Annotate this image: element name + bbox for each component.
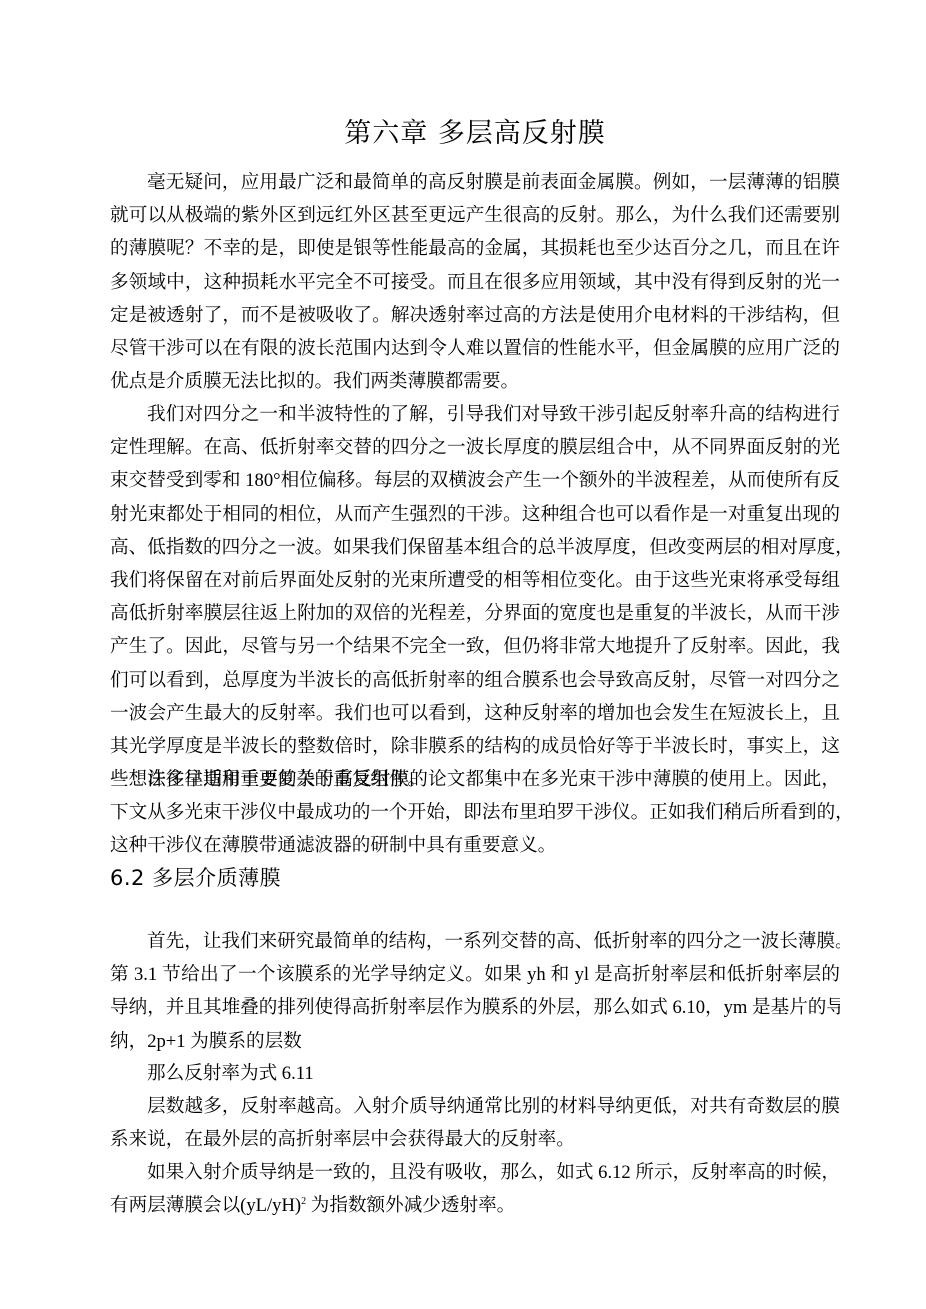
text-line: 定性理解。在高、低折射率交替的四分之一波长厚度的膜层组合中，从不同界面反射的光 [110, 431, 840, 464]
paragraph-section-4: 如果入射介质导纳是一致的，且没有吸收，那么，如式 6.12 所示，反射率高的时候… [110, 1156, 840, 1222]
text-line: 的薄膜呢？不幸的是，即使是银等性能最高的金属，其损耗也至少达百分之几，而且在许 [110, 232, 840, 265]
text-line: 系来说，在最外层的高折射率层中会获得最大的反射率。 [110, 1123, 840, 1156]
text-fragment: 为指数额外减少透射率。 [306, 1195, 515, 1216]
text-line: 如果入射介质导纳是一致的，且没有吸收，那么，如式 6.12 所示，反射率高的时候… [110, 1156, 840, 1189]
paragraph-section-2: 那么反射率为式 6.11 [110, 1057, 840, 1090]
text-line: 们可以看到，总厚度为半波长的高低折射率的组合膜系也会导致高反射，尽管一对四分之 [110, 664, 840, 697]
text-line: 导纳，并且其堆叠的排列使得高折射率层作为膜系的外层，那么如式 6.10，ym 是… [110, 991, 840, 1024]
section-heading: 6.2 多层介质薄膜 [110, 862, 281, 894]
text-line: 产生了。因此，尽管与另一个结果不完全一致，但仍将非常大地提升了反射率。因此，我 [110, 630, 840, 663]
paragraph-section-1: 首先，让我们来研究最简单的结构，一系列交替的高、低折射率的四分之一波长薄膜。 第… [110, 925, 840, 1058]
text-line: 一波会产生最大的反射率。我们也可以看到，这种反射率的增加也会发生在短波长上，且 [110, 697, 840, 730]
text-line: 第 3.1 节给出了一个该膜系的光学导纳定义。如果 yh 和 yl 是高折射率层… [110, 958, 840, 991]
text-line: 纳，2p+1 为膜系的层数 [110, 1025, 840, 1058]
text-line: 那么反射率为式 6.11 [110, 1057, 840, 1090]
text-line: 高低折射率膜层往返上附加的双倍的光程差，分界面的宽度也是重复的半波长，从而干涉 [110, 597, 840, 630]
text-line: 许多早期和重要的关于高反射膜的论文都集中在多光束干涉中薄膜的使用上。因此， [110, 763, 840, 796]
chapter-title: 第六章 多层高反射膜 [110, 116, 840, 152]
text-line: 下文从多光束干涉仪中最成功的一个开始，即法布里珀罗干涉仪。正如我们稍后所看到的， [110, 796, 840, 829]
text-line: 其光学厚度是半波长的整数倍时，除非膜系的结构的成员恰好等于半波长时，事实上，这 [110, 730, 840, 763]
text-line: 有两层薄膜会以(yL/yH)2 为指数额外减少透射率。 [110, 1189, 840, 1222]
text-line: 毫无疑问，应用最广泛和最简单的高反射膜是前表面金属膜。例如，一层薄薄的铝膜 [110, 166, 840, 199]
text-line: 优点是介质膜无法比拟的。我们两类薄膜都需要。 [110, 365, 840, 398]
text-line: 这种干涉仪在薄膜带通滤波器的研制中具有重要意义。 [110, 829, 840, 862]
text-line: 高、低指数的四分之一波。如果我们保留基本组合的总半波厚度，但改变两层的相对厚度， [110, 531, 840, 564]
text-line: 束交替受到零和 180°相位偏移。每层的双横波会产生一个额外的半波程差，从而使所… [110, 464, 840, 497]
text-fragment: 有两层薄膜会以(yL/yH) [110, 1195, 301, 1216]
text-line: 我们对四分之一和半波特性的了解，引导我们对导致干涉引起反射率升高的结构进行 [110, 398, 840, 431]
text-line: 定是被透射了，而不是被吸收了。解决透射率过高的方法是使用介电材料的干涉结构，但 [110, 299, 840, 332]
paragraph-intro-2: 我们对四分之一和半波特性的了解，引导我们对导致干涉引起反射率升高的结构进行 定性… [110, 398, 840, 796]
text-line: 多领域中，这种损耗水平完全不可接受。而且在很多应用领域，其中没有得到反射的光一 [110, 266, 840, 299]
text-line: 层数越多，反射率越高。入射介质导纳通常比别的材料导纳更低，对共有奇数层的膜 [110, 1090, 840, 1123]
text-line: 我们将保留在对前后界面处反射的光束所遭受的相等相位变化。由于这些光束将承受每组 [110, 564, 840, 597]
paragraph-section-3: 层数越多，反射率越高。入射介质导纳通常比别的材料导纳更低，对共有奇数层的膜 系来… [110, 1090, 840, 1156]
text-line: 射光束都处于相同的相位，从而产生强烈的干涉。这种组合也可以看作是一对重复出现的 [110, 498, 840, 531]
paragraph-intro-1: 毫无疑问，应用最广泛和最简单的高反射膜是前表面金属膜。例如，一层薄薄的铝膜 就可… [110, 166, 840, 398]
text-line: 就可以从极端的紫外区到远红外区甚至更远产生很高的反射。那么，为什么我们还需要别 [110, 199, 840, 232]
text-line: 尽管干涉可以在有限的波长范围内达到令人难以置信的性能水平，但金属膜的应用广泛的 [110, 332, 840, 365]
text-line: 首先，让我们来研究最简单的结构，一系列交替的高、低折射率的四分之一波长薄膜。 [110, 925, 840, 958]
paragraph-intro-3: 许多早期和重要的关于高反射膜的论文都集中在多光束干涉中薄膜的使用上。因此， 下文… [110, 763, 840, 863]
